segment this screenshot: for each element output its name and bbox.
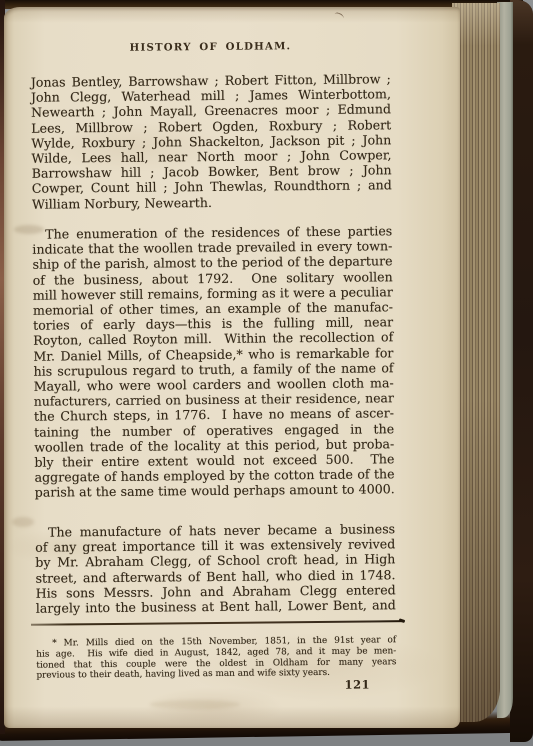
text-line: parish at the same time would perhaps am… <box>35 482 395 501</box>
text-line: largely into the business at Bent hall, … <box>36 597 396 616</box>
footnote-rule <box>31 620 404 625</box>
text-line: William Norbury, Newearth. <box>32 193 392 212</box>
paragraph: The enumeration of the residences of the… <box>32 223 395 500</box>
page-number: 121 <box>345 677 371 691</box>
footnote: * Mr. Mills died on the 15th November, 1… <box>36 635 396 682</box>
paragraph: The manufacture of hats never became a b… <box>35 521 396 616</box>
paper-stain <box>12 517 34 527</box>
book-cover-right-edge <box>510 0 533 742</box>
text-line: previous to their death, having lived as… <box>36 668 396 682</box>
running-header: HISTORY OF OLDHAM. <box>30 39 390 54</box>
book-photo: HISTORY OF OLDHAM. Jonas Bentley, Barrow… <box>0 0 533 746</box>
paragraph: Jonas Bentley, Barrowshaw ; Robert Fitto… <box>31 71 392 211</box>
page-content: HISTORY OF OLDHAM. Jonas Bentley, Barrow… <box>30 0 397 746</box>
